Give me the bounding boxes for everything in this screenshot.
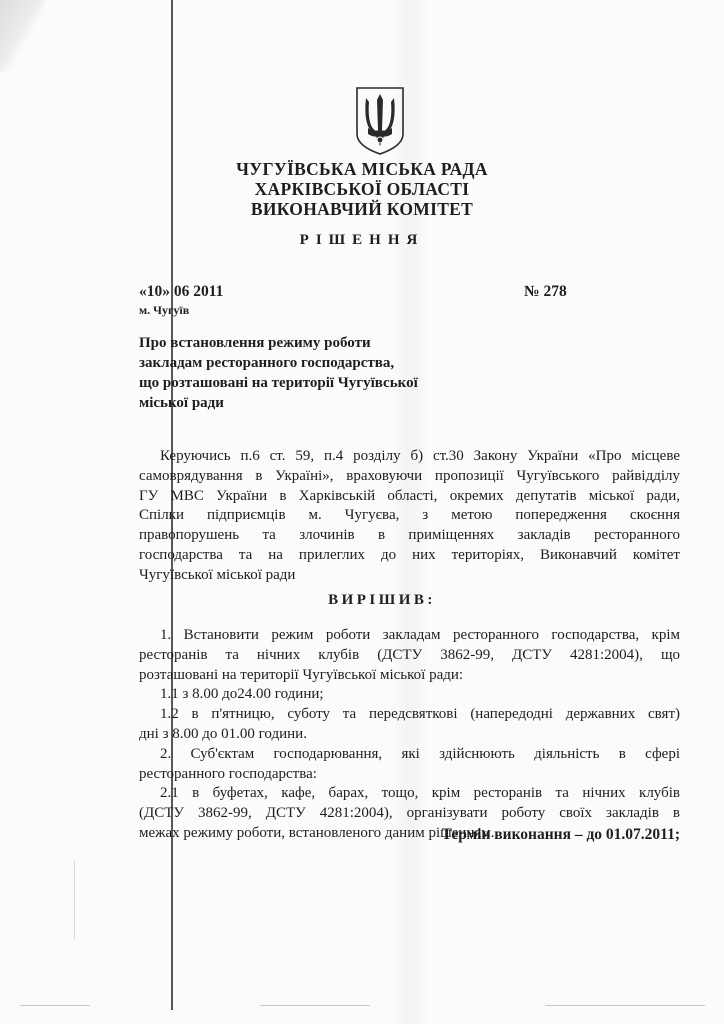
resolution-line: дні з 8.00 до 01.00 години. (139, 725, 680, 745)
subject-line: закладам ресторанного господарства, (139, 353, 418, 373)
document-number: № 278 (524, 283, 567, 301)
region-name: ХАРКІВСЬКОЇ ОБЛАСТІ (0, 179, 724, 200)
scanned-document-page: ЧУГУЇВСЬКА МІСЬКА РАДА ХАРКІВСЬКОЇ ОБЛАС… (0, 0, 724, 1024)
council-name: ЧУГУЇВСЬКА МІСЬКА РАДА (0, 159, 724, 180)
document-type-title: РІШЕННЯ (0, 232, 724, 249)
committee-name: ВИКОНАВЧИЙ КОМІТЕТ (0, 199, 724, 220)
scan-artifact-dash (20, 1005, 90, 1006)
resolution-line: 1.1 з 8.00 до24.00 години; (139, 685, 680, 705)
resolution-line: розташовані на території Чугуївської міс… (139, 666, 680, 686)
resolution-line: 2. Суб'єктам господарювання, які здійсню… (139, 745, 680, 765)
scan-artifact-dash (260, 1005, 370, 1006)
resolution-body: 1. Встановити режим роботи закладам рест… (139, 626, 680, 844)
trident-emblem-icon (354, 86, 406, 156)
resolution-line: 1.2 в п'ятницю, суботу та передсвяткові … (139, 705, 680, 725)
resolved-heading: ВИРІШИВ: (0, 592, 724, 609)
preamble-line: Спілки підприємців м. Чугуєва, з метою п… (139, 506, 680, 526)
subject-line: Про встановлення режиму роботи (139, 333, 418, 353)
preamble-line: самоврядування в Україні», враховуючи пр… (139, 467, 680, 487)
subject-line: міської ради (139, 393, 418, 413)
resolution-line: ресторанного господарства: (139, 765, 680, 785)
preamble-line: правопорушень та злочинів в приміщеннях … (139, 526, 680, 546)
document-city: м. Чугуїв (139, 303, 189, 318)
preamble-line: Чугуївської міської ради (139, 566, 680, 586)
subject-line: що розташовані на території Чугуївської (139, 373, 418, 393)
document-date: «10» 06 2011 (139, 283, 223, 301)
resolution-line: (ДСТУ 3862-99, ДСТУ 4281:2004), організу… (139, 804, 680, 824)
preamble-line: ГУ МВС України в Харківській області, ок… (139, 487, 680, 507)
resolution-line: ресторанів та нічних клубів (ДСТУ 3862-9… (139, 646, 680, 666)
scan-corner-shadow (0, 0, 44, 72)
resolution-line: 1. Встановити режим роботи закладам рест… (139, 626, 680, 646)
preamble-paragraph: Керуючись п.6 ст. 59, п.4 розділу б) ст.… (139, 447, 680, 586)
resolution-line: 2.1 в буфетах, кафе, барах, тощо, крім р… (139, 784, 680, 804)
scan-artifact-dash (545, 1005, 705, 1006)
scanner-faint-line (74, 860, 75, 940)
preamble-line: господарства та на прилеглих до них тери… (139, 546, 680, 566)
preamble-line: Керуючись п.6 ст. 59, п.4 розділу б) ст.… (139, 447, 680, 467)
deadline-text: Термін виконання – до 01.07.2011; (442, 826, 680, 844)
document-subject: Про встановлення режиму роботи закладам … (139, 333, 418, 413)
